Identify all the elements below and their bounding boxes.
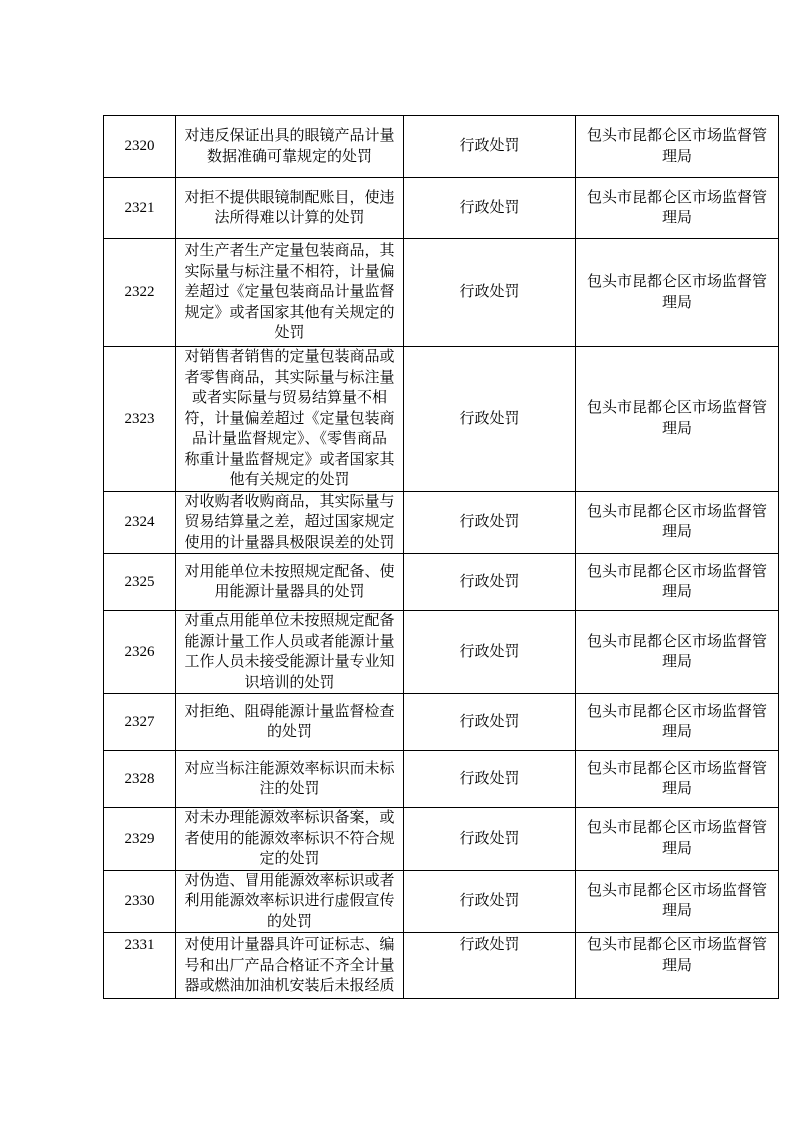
penalty-matter-cell: 对违反保证出具的眼镜产品计量 数据准确可靠规定的处罚 (176, 116, 404, 178)
authority-cell: 包头市昆都仑区市场监督管 理局 (576, 611, 779, 694)
table-row: 2330 对伪造、冒用能源效率标识或者 利用能源效率标识进行虚假宣传 的处罚 行… (104, 870, 779, 933)
row-id-cell: 2321 (104, 178, 176, 239)
penalty-matter-cell: 对未办理能源效率标识备案，或 者使用的能源效率标识不符合规 定的处罚 (176, 808, 404, 871)
authority-cell: 包头市昆都仑区市场监督管 理局 (576, 347, 779, 492)
table-row: 2324 对收购者收购商品，其实际量与 贸易结算量之差，超过国家规定 使用的计量… (104, 491, 779, 554)
table-row: 2322 对生产者生产定量包装商品，其 实际量与标注量不相符，计量偏 差超过《定… (104, 239, 779, 347)
penalty-matter-cell: 对生产者生产定量包装商品，其 实际量与标注量不相符，计量偏 差超过《定量包装商品… (176, 239, 404, 347)
table-row: 2328 对应当标注能源效率标识而未标 注的处罚 行政处罚 包头市昆都仑区市场监… (104, 751, 779, 808)
penalty-matter-cell: 对使用计量器具许可证标志、编 号和出厂产品合格证不齐全计量 器或燃油加油机安装后… (176, 933, 404, 999)
authority-cell: 包头市昆都仑区市场监督管 理局 (576, 239, 779, 347)
table-row: 2329 对未办理能源效率标识备案，或 者使用的能源效率标识不符合规 定的处罚 … (104, 808, 779, 871)
document-page: 2320 对违反保证出具的眼镜产品计量 数据准确可靠规定的处罚 行政处罚 包头市… (0, 0, 793, 1122)
penalty-type-cell: 行政处罚 (404, 808, 576, 871)
table-row: 2321 对拒不提供眼镜制配账目，使违 法所得难以计算的处罚 行政处罚 包头市昆… (104, 178, 779, 239)
row-id-cell: 2327 (104, 694, 176, 751)
authority-cell: 包头市昆都仑区市场监督管 理局 (576, 870, 779, 933)
row-id-cell: 2328 (104, 751, 176, 808)
penalty-matter-cell: 对应当标注能源效率标识而未标 注的处罚 (176, 751, 404, 808)
penalty-matter-cell: 对拒绝、阻碍能源计量监督检查 的处罚 (176, 694, 404, 751)
penalty-matter-cell: 对伪造、冒用能源效率标识或者 利用能源效率标识进行虚假宣传 的处罚 (176, 870, 404, 933)
table-row: 2325 对用能单位未按照规定配备、使 用能源计量器具的处罚 行政处罚 包头市昆… (104, 554, 779, 611)
row-id-cell: 2326 (104, 611, 176, 694)
penalty-type-cell: 行政处罚 (404, 611, 576, 694)
authority-cell: 包头市昆都仑区市场监督管 理局 (576, 808, 779, 871)
penalty-type-cell: 行政处罚 (404, 116, 576, 178)
penalty-items-table: 2320 对违反保证出具的眼镜产品计量 数据准确可靠规定的处罚 行政处罚 包头市… (103, 115, 779, 999)
authority-cell: 包头市昆都仑区市场监督管 理局 (576, 491, 779, 554)
row-id-cell: 2330 (104, 870, 176, 933)
authority-cell: 包头市昆都仑区市场监督管 理局 (576, 694, 779, 751)
penalty-type-cell: 行政处罚 (404, 751, 576, 808)
table-row: 2326 对重点用能单位未按照规定配备 能源计量工作人员或者能源计量 工作人员未… (104, 611, 779, 694)
penalty-type-cell: 行政处罚 (404, 347, 576, 492)
authority-cell: 包头市昆都仑区市场监督管 理局 (576, 178, 779, 239)
penalty-matter-cell: 对用能单位未按照规定配备、使 用能源计量器具的处罚 (176, 554, 404, 611)
penalty-matter-cell: 对收购者收购商品，其实际量与 贸易结算量之差，超过国家规定 使用的计量器具极限误… (176, 491, 404, 554)
table-row: 2323 对销售者销售的定量包装商品或 者零售商品，其实际量与标注量 或者实际量… (104, 347, 779, 492)
penalty-type-cell: 行政处罚 (404, 491, 576, 554)
authority-cell: 包头市昆都仑区市场监督管 理局 (576, 116, 779, 178)
table-row-clipped-by-page-break: 2331 对使用计量器具许可证标志、编 号和出厂产品合格证不齐全计量 器或燃油加… (104, 933, 779, 999)
row-id-cell: 2322 (104, 239, 176, 347)
row-id-cell: 2323 (104, 347, 176, 492)
penalty-type-cell: 行政处罚 (404, 933, 576, 999)
penalty-matter-cell: 对重点用能单位未按照规定配备 能源计量工作人员或者能源计量 工作人员未接受能源计… (176, 611, 404, 694)
row-id-cell: 2329 (104, 808, 176, 871)
authority-cell: 包头市昆都仑区市场监督管 理局 (576, 554, 779, 611)
authority-cell: 包头市昆都仑区市场监督管 理局 (576, 751, 779, 808)
penalty-matter-cell: 对拒不提供眼镜制配账目，使违 法所得难以计算的处罚 (176, 178, 404, 239)
penalty-matter-cell: 对销售者销售的定量包装商品或 者零售商品，其实际量与标注量 或者实际量与贸易结算… (176, 347, 404, 492)
penalty-type-cell: 行政处罚 (404, 554, 576, 611)
authority-cell: 包头市昆都仑区市场监督管 理局 (576, 933, 779, 999)
table-row: 2327 对拒绝、阻碍能源计量监督检查 的处罚 行政处罚 包头市昆都仑区市场监督… (104, 694, 779, 751)
table-row: 2320 对违反保证出具的眼镜产品计量 数据准确可靠规定的处罚 行政处罚 包头市… (104, 116, 779, 178)
penalty-type-cell: 行政处罚 (404, 870, 576, 933)
row-id-cell: 2320 (104, 116, 176, 178)
penalty-type-cell: 行政处罚 (404, 178, 576, 239)
row-id-cell: 2325 (104, 554, 176, 611)
penalty-type-cell: 行政处罚 (404, 239, 576, 347)
row-id-cell: 2324 (104, 491, 176, 554)
penalty-type-cell: 行政处罚 (404, 694, 576, 751)
row-id-cell: 2331 (104, 933, 176, 999)
